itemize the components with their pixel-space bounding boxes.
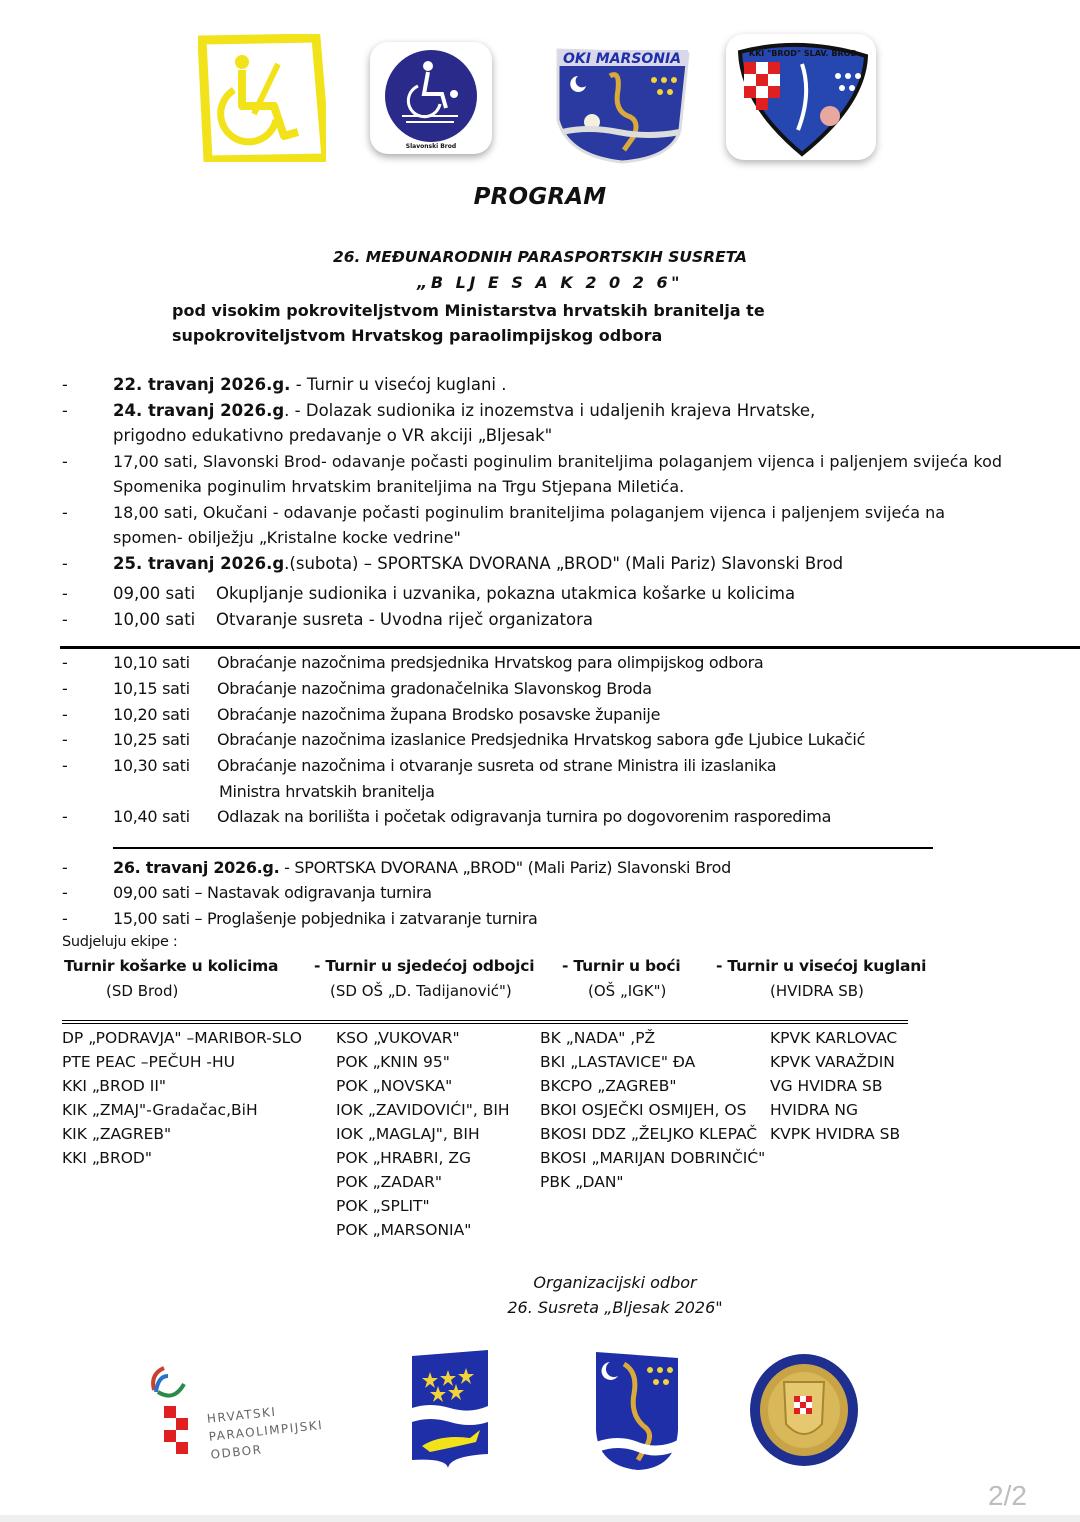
team-entry: KIK „ZAGREB": [62, 1125, 171, 1143]
svg-text:Slavonski Brod: Slavonski Brod: [406, 143, 456, 150]
team-entry: PBK „DAN": [540, 1173, 624, 1191]
team-entry: POK „MARSONIA": [336, 1221, 471, 1239]
organizer-line-1: Organizacijski odbor: [0, 1273, 1080, 1292]
bullet: -: [62, 401, 68, 420]
page-title: PROGRAM: [0, 184, 1080, 210]
wheelchair-logo: [198, 34, 326, 162]
organizer-line-2: 26. Susreta „Bljesak 2026": [0, 1298, 1080, 1317]
text: . - Dolazak sudionika iz inozemstva i ud…: [284, 401, 815, 420]
team-entry: POK „SPLIT": [336, 1197, 430, 1215]
time: 09,00 sati: [113, 584, 195, 603]
activity: Okupljanje sudionika i uzvanika, pokazna…: [216, 584, 795, 603]
patronage-line-2: supokroviteljstvom Hrvatskog paraolimpij…: [172, 326, 662, 345]
team-entry: BKOI OSJEČKI OSMIJEH, OS: [540, 1101, 746, 1119]
activity: Obraćanje nazočnima župana Brodsko posav…: [217, 705, 660, 724]
schedule-item-day25: 25. travanj 2026.g.(subota) – SPORTSKA D…: [113, 554, 843, 573]
activity: Obraćanje nazočnima predsjednika Hrvatsk…: [217, 653, 763, 672]
bullet: -: [62, 554, 68, 573]
team-entry: KIK „ZMAJ"-Gradačac,BiH: [62, 1101, 258, 1119]
team-entry: IOK „MAGLAJ", BIH: [336, 1125, 480, 1143]
time: 10,25 sati: [113, 730, 190, 749]
divider: [62, 1020, 908, 1021]
activity: Otvaranje susreta - Uvodna riječ organiz…: [216, 610, 593, 629]
city-coat-of-arms: [594, 1350, 680, 1472]
svg-text:KKI "BROD" SLAV. BROD: KKI "BROD" SLAV. BROD: [749, 49, 858, 58]
bullet: -: [62, 858, 68, 877]
tournament-venue: (HVIDRA SB): [770, 982, 864, 1000]
team-entry: KKI „BROD": [62, 1149, 152, 1167]
schedule-item-day24: 24. travanj 2026.g. - Dolazak sudionika …: [113, 401, 815, 420]
ministry-seal: [748, 1352, 860, 1468]
schedule-item-day26: 26. travanj 2026.g. - SPORTSKA DVORANA „…: [113, 858, 731, 877]
text: - SPORTSKA DVORANA „BROD" (Mali Pariz) S…: [279, 858, 731, 877]
team-entry: HVIDRA NG: [770, 1101, 858, 1119]
tournament-header: - Turnir u visećoj kuglani: [716, 957, 926, 975]
tournament-header: - Turnir u boći: [562, 957, 680, 975]
bullet: -: [62, 503, 68, 522]
date: 24. travanj 2026.g: [113, 401, 284, 420]
time: 10,10 sati: [113, 653, 190, 672]
schedule-item: 09,00 sati – Nastavak odigravanja turnir…: [113, 883, 432, 902]
bullet: -: [62, 883, 68, 902]
bullet: -: [62, 705, 68, 724]
bullet: -: [62, 679, 68, 698]
bullet: -: [62, 807, 68, 826]
divider: [62, 1023, 908, 1024]
bullet: -: [62, 909, 68, 928]
team-entry: KPVK KARLOVAC: [770, 1029, 897, 1047]
bullet: -: [62, 730, 68, 749]
tournament-header: Turnir košarke u kolicima: [64, 957, 278, 975]
time: 10,15 sati: [113, 679, 190, 698]
oki-marsonia-logo: OKI MARSONIA: [548, 40, 694, 164]
team-entry: PTE PEAC –PEČUH -HU: [62, 1053, 235, 1071]
team-entry: VG HVIDRA SB: [770, 1077, 882, 1095]
time: 10,40 sati: [113, 807, 190, 826]
dan-club-logo: Slavonski Brod: [370, 42, 492, 154]
team-entry: KVPK HVIDRA SB: [770, 1125, 900, 1143]
activity-cont: Ministra hrvatskih branitelja: [219, 782, 435, 801]
patronage-line-1: pod visokim pokroviteljstvom Ministarstv…: [172, 301, 765, 320]
schedule-item-day22: 22. travanj 2026.g. - Turnir u visećoj k…: [113, 375, 507, 394]
date: 25. travanj 2026.g: [113, 554, 284, 573]
tournament-header: - Turnir u sjedećoj odbojci: [314, 957, 534, 975]
tournament-venue: (OŠ „IGK"): [588, 982, 666, 1000]
time: 10,30 sati: [113, 756, 190, 775]
team-entry: BKCPO „ZAGREB": [540, 1077, 677, 1095]
team-entry: BKI „LASTAVICE" ĐA: [540, 1053, 695, 1071]
bottom-bar: [0, 1515, 1080, 1522]
team-entry: KPVK VARAŽDIN: [770, 1053, 895, 1071]
kki-brod-logo: KKI "BROD" SLAV. BROD: [726, 34, 876, 160]
date: 26. travanj 2026.g.: [113, 858, 279, 877]
team-entry: DP „PODRAVJA" –MARIBOR-SLO: [62, 1029, 302, 1047]
activity: Obraćanje nazočnima izaslanice Predsjedn…: [217, 730, 865, 749]
svg-text:OKI MARSONIA: OKI MARSONIA: [563, 51, 681, 67]
bullet: -: [62, 756, 68, 775]
bullet: -: [62, 610, 68, 629]
schedule-item-day24-cont: prigodno edukativno predavanje o VR akci…: [113, 426, 552, 445]
text: - Turnir u visećoj kuglani .: [290, 375, 506, 394]
bullet: -: [62, 375, 68, 394]
team-entry: POK „KNIN 95": [336, 1053, 450, 1071]
team-entry: IOK „ZAVIDOVIĆI", BIH: [336, 1101, 510, 1119]
team-entry: BKOSI DDZ „ŽELJKO KLEPAČ: [540, 1125, 757, 1143]
tournament-venue: (SD OŠ „D. Tadijanović"): [330, 982, 512, 1000]
schedule-item-1800: 18,00 sati, Okučani - odavanje počasti p…: [113, 503, 945, 522]
event-name: „B LJ E S A K 2 0 2 6": [0, 273, 1080, 292]
schedule-item-1700: 17,00 sati, Slavonski Brod- odavanje poč…: [113, 452, 1002, 471]
team-entry: BK „NADA" ,PŽ: [540, 1029, 655, 1047]
schedule-item-1700-cont: Spomenika poginulim hrvatskim branitelji…: [113, 477, 684, 496]
time: 10,00 sati: [113, 610, 195, 629]
activity: Odlazak na borilišta i početak odigravan…: [217, 807, 831, 826]
hpo-name: HRVATSKI PARAOLIMPIJSKI ODBOR: [206, 1398, 326, 1464]
time: 10,20 sati: [113, 705, 190, 724]
page-indicator: 2/2: [988, 1480, 1027, 1512]
event-title: 26. MEĐUNARODNIH PARASPORTSKIH SUSRETA: [0, 248, 1080, 266]
team-entry: POK „NOVSKA": [336, 1077, 452, 1095]
divider: [113, 847, 933, 849]
team-entry: KSO „VUKOVAR": [336, 1029, 460, 1047]
bullet: -: [62, 653, 68, 672]
county-coat-of-arms: [410, 1350, 490, 1470]
date: 22. travanj 2026.g.: [113, 375, 290, 394]
paralympic-committee-logo: HRVATSKI PARAOLIMPIJSKI ODBOR: [140, 1362, 340, 1472]
divider: [60, 646, 1080, 649]
schedule-item-1800-cont: spomen- obilježju „Kristalne kocke vedri…: [113, 528, 461, 547]
teams-intro: Sudjeluju ekipe :: [62, 934, 177, 950]
team-entry: KKI „BROD II": [62, 1077, 166, 1095]
team-entry: POK „HRABRI, ZG: [336, 1149, 471, 1167]
bullet: -: [62, 584, 68, 603]
text: .(subota) – SPORTSKA DVORANA „BROD" (Mal…: [284, 554, 843, 573]
activity: Obraćanje nazočnima i otvaranje susreta …: [217, 756, 776, 775]
team-entry: POK „ZADAR": [336, 1173, 442, 1191]
tournament-venue: (SD Brod): [106, 982, 178, 1000]
activity: Obraćanje nazočnima gradonačelnika Slavo…: [217, 679, 652, 698]
bullet: -: [62, 452, 68, 471]
schedule-item: 15,00 sati – Proglašenje pobjednika i za…: [113, 909, 537, 928]
team-entry: BKOSI „MARIJAN DOBRINČIĆ": [540, 1149, 765, 1167]
